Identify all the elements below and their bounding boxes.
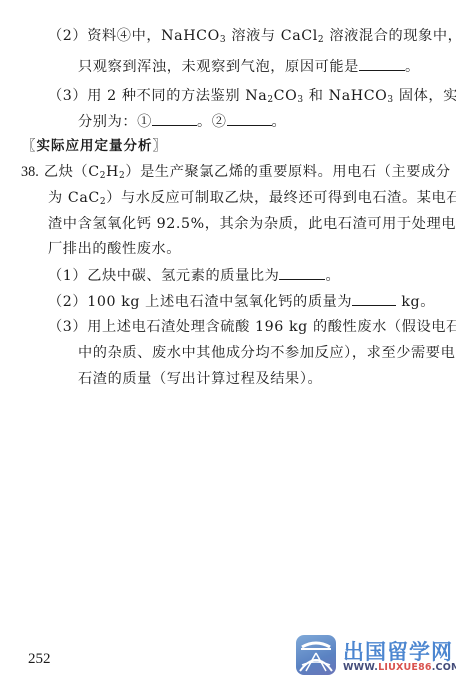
q37-item3-line2: 分别为：①。②。 (78, 112, 286, 131)
text: kg。 (396, 294, 435, 310)
text: 厂排出的酸性废水。 (48, 241, 181, 257)
q38-sub3-line2: 中的杂质、废水中其他成分均不参加反应），求至少需要电 (78, 344, 455, 362)
question-number: 38. (21, 164, 39, 180)
text: H (106, 164, 119, 180)
text: 分别为：① (78, 114, 152, 130)
answer-blank-2[interactable] (227, 112, 272, 126)
text: 固体，实验方案 (394, 88, 456, 104)
text: 。 (405, 59, 420, 75)
answer-blank[interactable] (352, 292, 396, 306)
section-heading: 〖实际应用定量分析〗 (22, 137, 167, 155)
text: 溶液与 CaCl (226, 28, 318, 44)
text: 用 2 种不同的方法鉴别 Na (87, 88, 267, 104)
text: 石渣的质量（写出计算过程及结果）。 (78, 371, 322, 387)
heading-text: 实际应用定量分析 (37, 138, 153, 154)
text: CO (274, 88, 298, 104)
q37-item3-line1: （3）用 2 种不同的方法鉴别 Na2CO3 和 NaHCO3 固体，实验方案 (48, 87, 456, 105)
text: 。② (197, 114, 227, 130)
answer-blank[interactable] (279, 266, 325, 280)
item-label: （2） (48, 294, 87, 310)
q38-line3: 渣中含氢氧化钙 92.5%，其余为杂质，此电石渣可用于处理电镀 (48, 215, 456, 233)
text: 用上述电石渣处理含硫酸 196 kg 的酸性废水（假设电石渣 (87, 319, 456, 335)
watermark-logo: 出国留学网 WWW.LIUXUE86.COM (296, 635, 456, 677)
text: 溶液混合的现象中，有些 (324, 28, 456, 44)
url-prefix: WWW. (343, 662, 378, 673)
url-suffix: .COM (432, 662, 456, 673)
q38-sub3-line3: 石渣的质量（写出计算过程及结果）。 (78, 370, 322, 388)
q37-item2-line1: （2）资料④中，NaHCO3 溶液与 CaCl2 溶液混合的现象中，有些 (48, 27, 456, 45)
text: 只观察到浑浊，未观察到气泡，原因可能是 (78, 59, 359, 75)
text: 乙炔（C (44, 164, 100, 180)
q37-item2-line2: 只观察到浑浊，未观察到气泡，原因可能是。 (78, 57, 420, 76)
text: 中的杂质、废水中其他成分均不参加反应），求至少需要电 (78, 345, 455, 361)
text: ）与水反应可制取乙炔，最终还可得到电石渣。某电石 (106, 190, 456, 206)
text: 。 (325, 268, 340, 284)
text: 和 NaHCO (304, 88, 388, 104)
q38-sub1: （1）乙炔中碳、氢元素的质量比为。 (48, 266, 340, 285)
q38-line1: 38. 乙炔（C2H2）是生产聚氯乙烯的重要原料。用电石（主要成分 (21, 163, 451, 181)
item-label: （3） (48, 88, 87, 104)
q38-sub3-line1: （3）用上述电石渣处理含硫酸 196 kg 的酸性废水（假设电石渣 (48, 318, 456, 336)
item-label: （3） (48, 319, 87, 335)
text: 100 kg 上述电石渣中氢氧化钙的质量为 (87, 294, 352, 310)
answer-blank-1[interactable] (152, 112, 197, 126)
text: 渣中含氢氧化钙 92.5%，其余为杂质，此电石渣可用于处理电镀 (48, 216, 456, 232)
item-label: （2） (48, 28, 87, 44)
answer-blank[interactable] (359, 57, 405, 71)
bracket-close: 〗 (153, 138, 168, 154)
text: 资料④中，NaHCO (87, 28, 220, 44)
q38-line2: 为 CaC2）与水反应可制取乙炔，最终还可得到电石渣。某电石 (48, 189, 456, 207)
logo-emblem-icon (296, 635, 336, 675)
item-label: （1） (48, 268, 87, 284)
page-number: 252 (28, 651, 51, 668)
text: 乙炔中碳、氢元素的质量比为 (87, 268, 279, 284)
url-highlight: LIUXUE86 (378, 662, 432, 673)
text: ）是生产聚氯乙烯的重要原料。用电石（主要成分 (125, 164, 450, 180)
text: 。 (272, 114, 287, 130)
logo-url: WWW.LIUXUE86.COM (343, 662, 456, 673)
text: 为 CaC (48, 190, 100, 206)
q38-line4: 厂排出的酸性废水。 (48, 240, 181, 258)
bracket-open: 〖 (22, 138, 37, 154)
q38-sub2: （2）100 kg 上述电石渣中氢氧化钙的质量为 kg。 (48, 292, 435, 311)
